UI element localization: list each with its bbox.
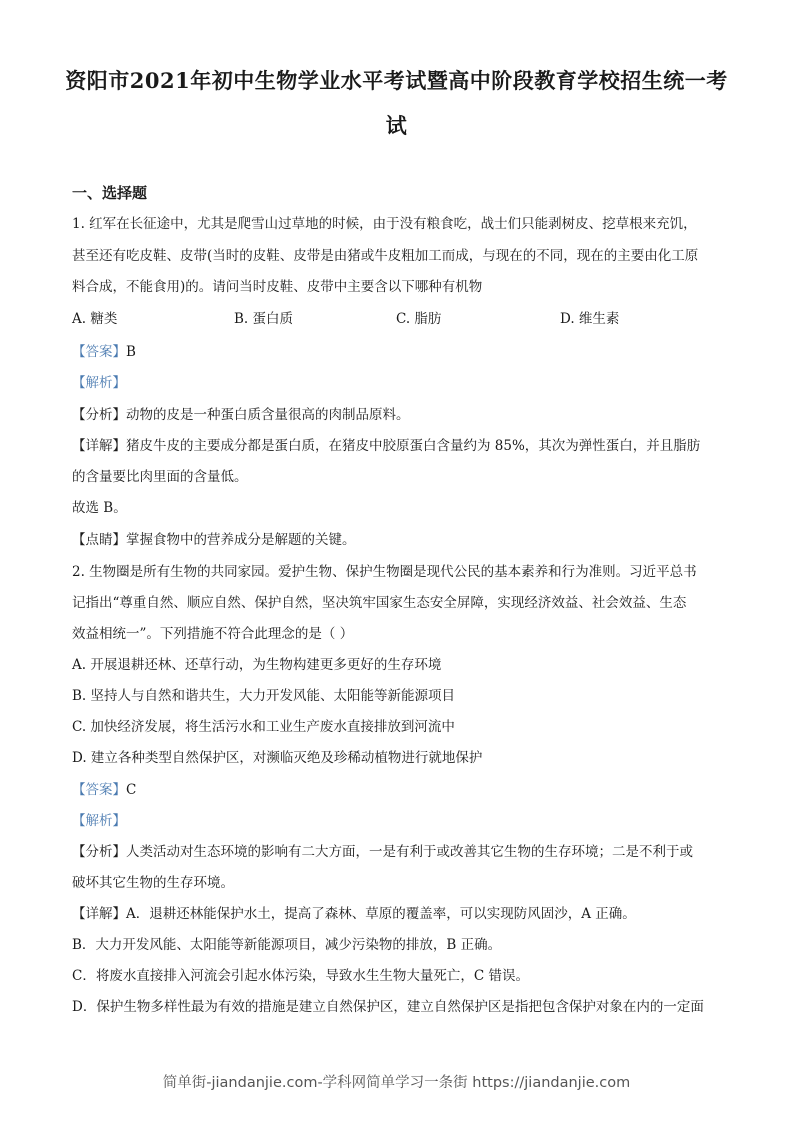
analysis-label: 【解析】	[72, 813, 126, 829]
q2-stem-line: 2. 生物圈是所有生物的共同家园。爱护生物、保护生物圈是现代公民的基本素养和行为…	[72, 566, 722, 580]
footer-watermark: 简单街-jiandanjie.com-学科网简单学习一条街 https://ji…	[0, 1071, 793, 1092]
q2-xiangjie-d: D．保护生物多样性最为有效的措施是建立自然保护区，建立自然保护区是指把包含保护对…	[72, 1001, 722, 1015]
q1-option-a: A. 糖类	[72, 313, 117, 327]
answer-label: 【答案】	[72, 782, 126, 798]
xiangjie-text: A．退耕还林能保护水土，提高了森林、草原的覆盖率，可以实现防风固沙，A 正确。	[126, 906, 636, 922]
xiangjie-label: 【详解】	[72, 438, 126, 454]
q2-xiangjie-b: B．大力开发风能、太阳能等新能源项目，减少污染物的排放，B 正确。	[72, 939, 722, 953]
q2-stem-line: 记指出“尊重自然、顺应自然、保护自然，坚决筑牢国家生态安全屏障，实现经济效益、社…	[72, 597, 722, 611]
q2-option-d: D. 建立各种类型自然保护区，对濒临灭绝及珍稀动植物进行就地保护	[72, 752, 722, 766]
q2-option-c: C. 加快经济发展，将生活污水和工业生产废水直接排放到河流中	[72, 721, 722, 735]
answer-value: C	[126, 782, 136, 798]
fenxi-label: 【分析】	[72, 407, 126, 423]
document-page: 资阳市2021年初中生物学业水平考试暨高中阶段教育学校招生统一考 试 一、选择题…	[0, 0, 793, 1122]
q1-stem-line: 料合成，不能食用)的。请问当时皮鞋、皮带中主要含以下哪种有机物	[72, 281, 722, 295]
fenxi-label: 【分析】	[72, 844, 126, 860]
answer-value: B	[126, 344, 136, 360]
q2-fenxi-cont: 破坏其它生物的生存环境。	[72, 877, 722, 891]
q2-option-b: B. 坚持人与自然和谐共生，大力开发风能、太阳能等新能源项目	[72, 690, 722, 704]
q2-xiangjie: 【详解】A．退耕还林能保护水土，提高了森林、草原的覆盖率，可以实现防风固沙，A …	[72, 908, 722, 922]
fenxi-text: 动物的皮是一种蛋白质含量很高的肉制品原料。	[126, 407, 410, 423]
q1-xiangjie-cont: 的含量要比肉里面的含量低。	[72, 471, 722, 485]
dianjing-text: 掌握食物中的营养成分是解题的关键。	[126, 532, 356, 548]
q2-fenxi: 【分析】人类活动对生态环境的影响有二大方面，一是有利于或改善其它生物的生存环境；…	[72, 846, 722, 860]
dianjing-label: 【点睛】	[72, 532, 126, 548]
q2-xiangjie-c: C．将废水直接排入河流会引起水体污染，导致水生生物大量死亡，C 错误。	[72, 970, 722, 984]
xiangjie-text: 猪皮牛皮的主要成分都是蛋白质，在猪皮中胶原蛋白含量约为 85%，其次为弹性蛋白，…	[126, 438, 700, 454]
analysis-label: 【解析】	[72, 375, 126, 391]
q2-answer: 【答案】C	[72, 784, 722, 798]
q1-option-c: C. 脂肪	[396, 313, 441, 327]
q1-analysis-heading: 【解析】	[72, 377, 722, 391]
q1-answer: 【答案】B	[72, 346, 722, 360]
section-heading: 一、选择题	[72, 182, 147, 203]
xiangjie-label: 【详解】	[72, 906, 126, 922]
q2-analysis-heading: 【解析】	[72, 815, 722, 829]
fenxi-text: 人类活动对生态环境的影响有二大方面，一是有利于或改善其它生物的生存环境；二是不利…	[126, 844, 693, 860]
q1-option-d: D. 维生素	[560, 313, 619, 327]
q1-conclusion: 故选 B。	[72, 502, 722, 516]
q1-option-b: B. 蛋白质	[234, 313, 293, 327]
q2-stem-line: 效益相统一”。下列措施不符合此理念的是（ ）	[72, 628, 722, 642]
q1-dianjing: 【点睛】掌握食物中的营养成分是解题的关键。	[72, 534, 722, 548]
q1-stem-line: 1. 红军在长征途中，尤其是爬雪山过草地的时候，由于没有粮食吃，战士们只能剥树皮…	[72, 218, 722, 232]
page-title-line-2: 试	[60, 115, 733, 136]
q1-fenxi: 【分析】动物的皮是一种蛋白质含量很高的肉制品原料。	[72, 409, 722, 423]
answer-label: 【答案】	[72, 344, 126, 360]
page-title-line-1: 资阳市2021年初中生物学业水平考试暨高中阶段教育学校招生统一考	[60, 70, 733, 91]
q1-stem-line: 甚至还有吃皮鞋、皮带(当时的皮鞋、皮带是由猪或牛皮粗加工而成，与现在的不同，现在…	[72, 250, 722, 264]
q1-xiangjie: 【详解】猪皮牛皮的主要成分都是蛋白质，在猪皮中胶原蛋白含量约为 85%，其次为弹…	[72, 440, 722, 454]
q2-option-a: A. 开展退耕还林、还草行动，为生物构建更多更好的生存环境	[72, 659, 722, 673]
